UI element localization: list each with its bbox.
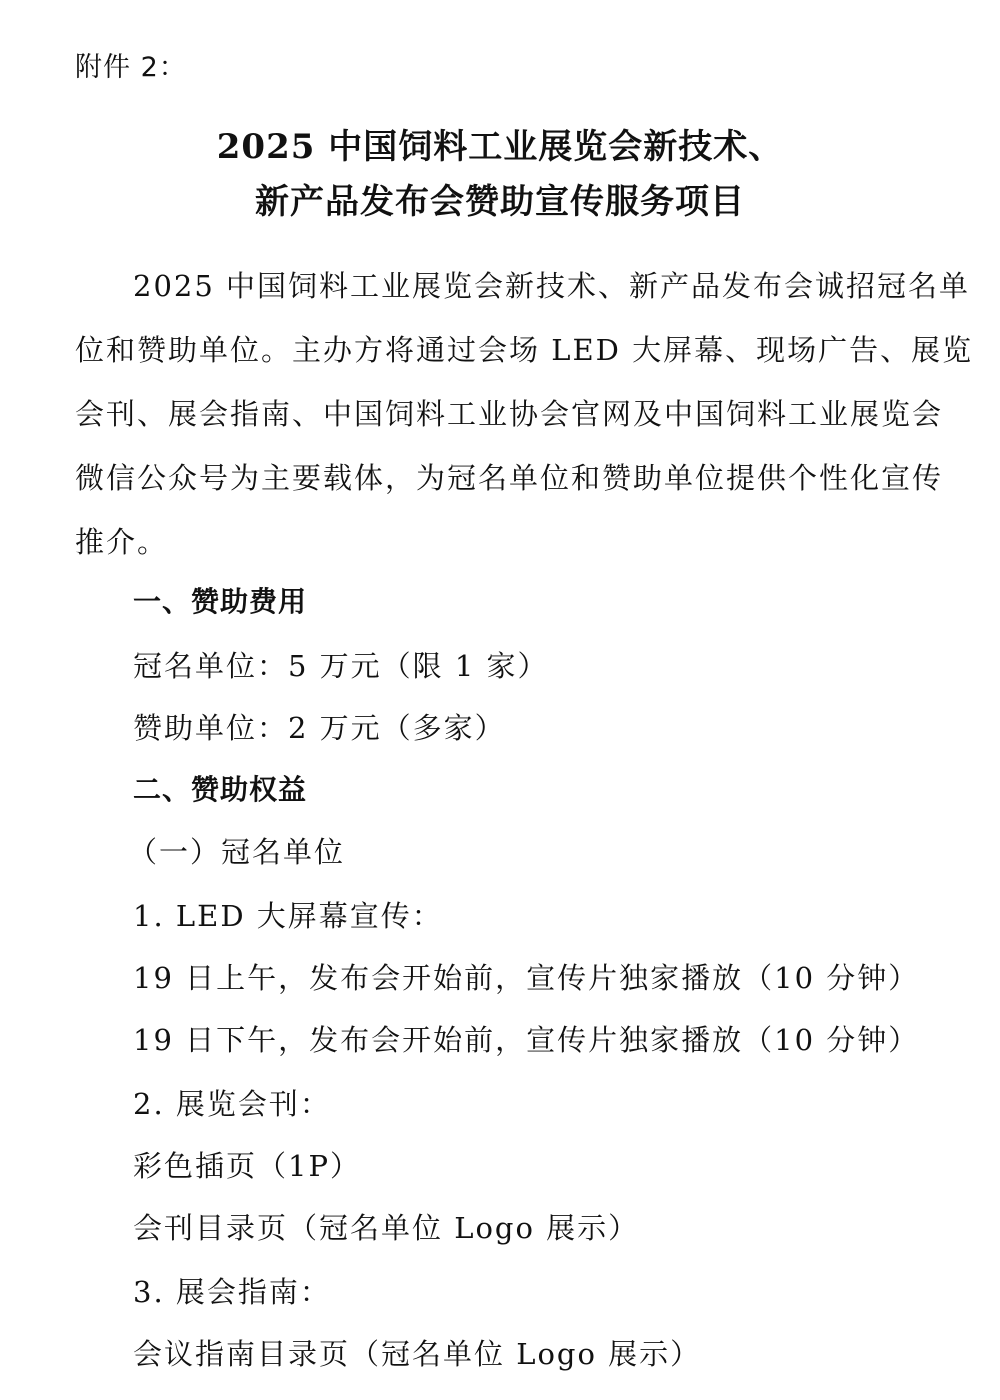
- benefit-item: 彩色插页（1P）: [133, 1148, 361, 1184]
- fee-item-title-sponsor: 冠名单位：5 万元（限 1 家）: [133, 648, 549, 684]
- intro-paragraph-line: 2025 中国饲料工业展览会新技术、新产品发布会诚招冠名单: [133, 268, 983, 304]
- fee-item-sponsor: 赞助单位：2 万元（多家）: [133, 710, 506, 746]
- benefit-item: 19 日上午，发布会开始前，宣传片独家播放（10 分钟）: [133, 960, 919, 996]
- benefit-item: 19 日下午，发布会开始前，宣传片独家播放（10 分钟）: [133, 1022, 919, 1058]
- intro-paragraph-line: 微信公众号为主要载体，为冠名单位和赞助单位提供个性化宣传: [75, 460, 925, 496]
- section-heading-benefits: 二、赞助权益: [133, 772, 307, 808]
- benefit-item: 会议指南目录页（冠名单位 Logo 展示）: [133, 1336, 701, 1372]
- document-title-line-2: 新产品发布会赞助宣传服务项目: [0, 180, 1000, 224]
- benefit-item: 1. LED 大屏幕宣传：: [133, 898, 443, 934]
- intro-paragraph-line: 位和赞助单位。主办方将通过会场 LED 大屏幕、现场广告、展览: [75, 332, 925, 368]
- document-title-line-1: 2025 中国饲料工业展览会新技术、: [0, 125, 1000, 169]
- benefit-item: 2. 展览会刊：: [133, 1086, 331, 1122]
- benefit-item: 3. 展会指南：: [133, 1274, 331, 1310]
- section-heading-fees: 一、赞助费用: [133, 584, 307, 620]
- intro-paragraph-line: 推介。: [75, 524, 925, 560]
- benefit-item: 会刊目录页（冠名单位 Logo 展示）: [133, 1210, 639, 1246]
- subsection-heading-title-sponsor: （一）冠名单位: [128, 834, 345, 870]
- attachment-label: 附件 2：: [75, 50, 187, 86]
- intro-paragraph-line: 会刊、展会指南、中国饲料工业协会官网及中国饲料工业展览会: [75, 396, 925, 432]
